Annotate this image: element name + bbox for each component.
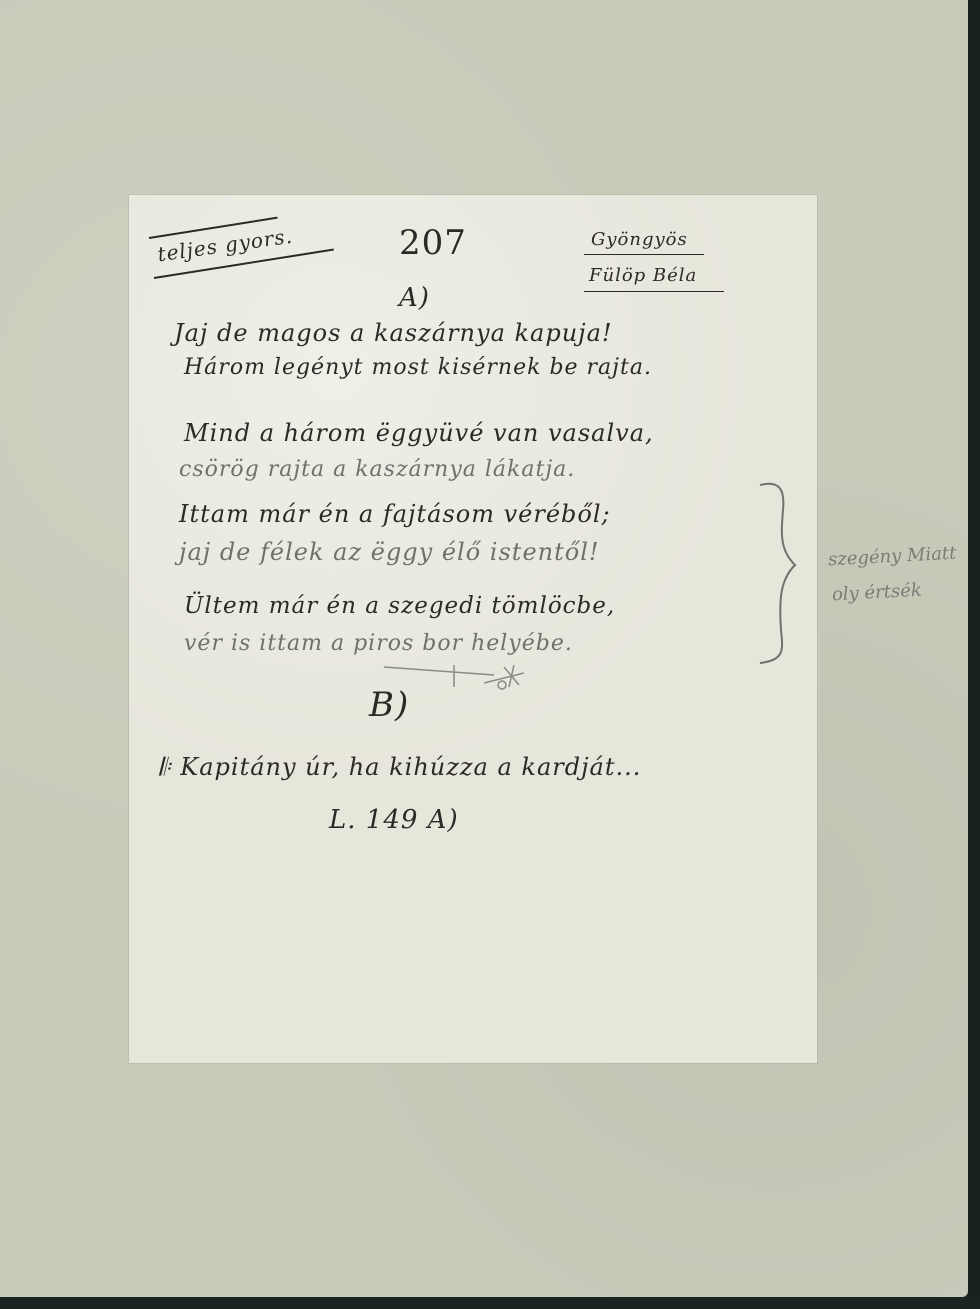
section-b-label: B) xyxy=(369,685,409,725)
section-b-reference: L. 149 A) xyxy=(329,805,459,835)
pencil-brace xyxy=(755,480,805,665)
verse-line-2: Három legényt most kisérnek be rajta. xyxy=(184,355,652,380)
collector-name: Fülöp Béla xyxy=(589,265,697,286)
verse-line-5: Ittam már én a fajtásom véréből; xyxy=(179,500,611,528)
manuscript-sheet: teljes gyors. 207 Gyöngyös Fülöp Béla A)… xyxy=(129,195,817,1063)
song-number: 207 xyxy=(399,223,467,263)
section-b-line: 𝄆 Kapitány úr, ha kihúzza a kardját... xyxy=(159,753,641,781)
verse-line-8: vér is ittam a piros bor helyébe. xyxy=(184,631,573,656)
section-a-label: A) xyxy=(399,283,430,313)
verse-line-3: Mind a három ëggyüvé van vasalva, xyxy=(184,419,654,447)
place-underline xyxy=(584,254,704,255)
frame-edge-bottom xyxy=(0,1297,980,1309)
verse-line-4: csörög rajta a kaszárnya lákatja. xyxy=(179,457,575,482)
verse-line-7: Ültem már én a szegedi tömlöcbe, xyxy=(184,593,615,619)
place-name: Gyöngyös xyxy=(591,229,688,250)
collector-underline xyxy=(584,291,724,292)
frame-edge-right xyxy=(968,0,980,1309)
verse-line-1: Jaj de magos a kaszárnya kapuja! xyxy=(174,319,613,347)
verse-line-6: jaj de félek az ëggy élő istentől! xyxy=(179,538,600,566)
